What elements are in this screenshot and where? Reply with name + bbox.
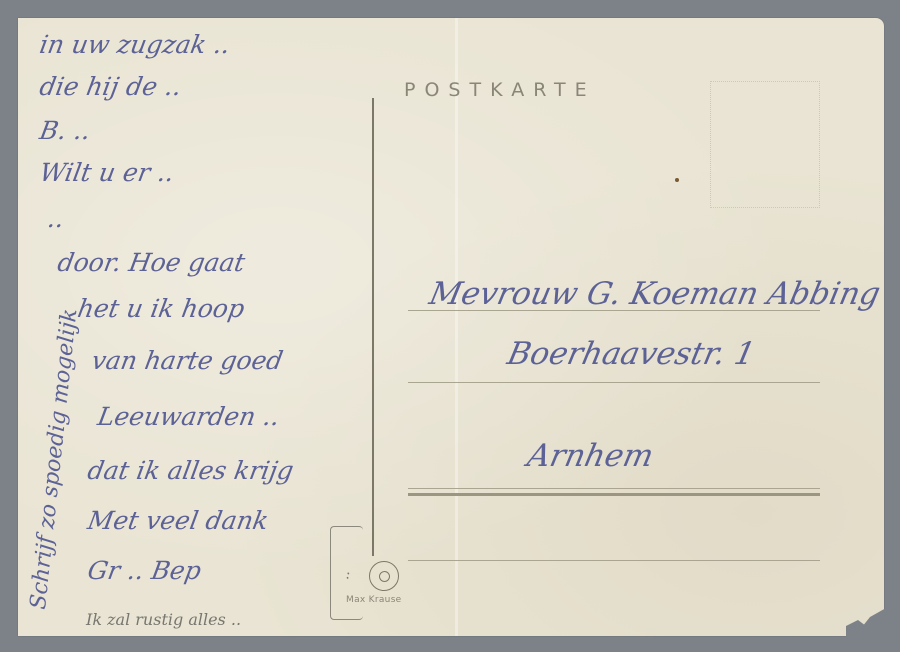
address-recipient: Mevrouw G. Koeman Abbing (426, 276, 883, 312)
fold-crease (455, 18, 458, 636)
address-line (408, 560, 820, 561)
publisher-logo-icon (369, 561, 399, 591)
message-line: .. (46, 206, 66, 231)
message-line: Met veel dank (86, 508, 271, 533)
address-line (408, 488, 820, 489)
message-line: Leeuwarden .. (96, 404, 282, 429)
postcard-title: POSTKARTE (404, 79, 596, 101)
message-line: B. .. (38, 118, 93, 143)
address-line (408, 310, 820, 311)
address-city: Arnhem (524, 438, 657, 474)
message-line: van harte goed (90, 348, 285, 373)
pencil-note: Ik zal rustig alles .. (86, 610, 241, 629)
message-line: Gr .. Bep (86, 558, 203, 583)
center-divider (372, 98, 374, 556)
stain (675, 178, 679, 182)
margin-note: Schrijf zo spoedig mogelijk (26, 307, 82, 610)
postcard: in uw zugzak .. die hij de .. B. .. Wilt… (18, 18, 884, 636)
address-street: Boerhaavestr. 1 (504, 336, 758, 372)
stamp-box (710, 81, 820, 208)
message-line: door. Hoe gaat (56, 250, 247, 275)
message-line: in uw zugzak .. (38, 32, 232, 57)
address-line (408, 382, 820, 383)
message-line: Wilt u er .. (38, 160, 176, 185)
message-line: dat ik alles krijg (86, 458, 296, 483)
message-line: het u ik hoop (76, 296, 247, 321)
message-line: die hij de .. (38, 74, 184, 99)
publisher-name: Max Krause (346, 595, 402, 605)
address-line-underline (408, 493, 820, 496)
